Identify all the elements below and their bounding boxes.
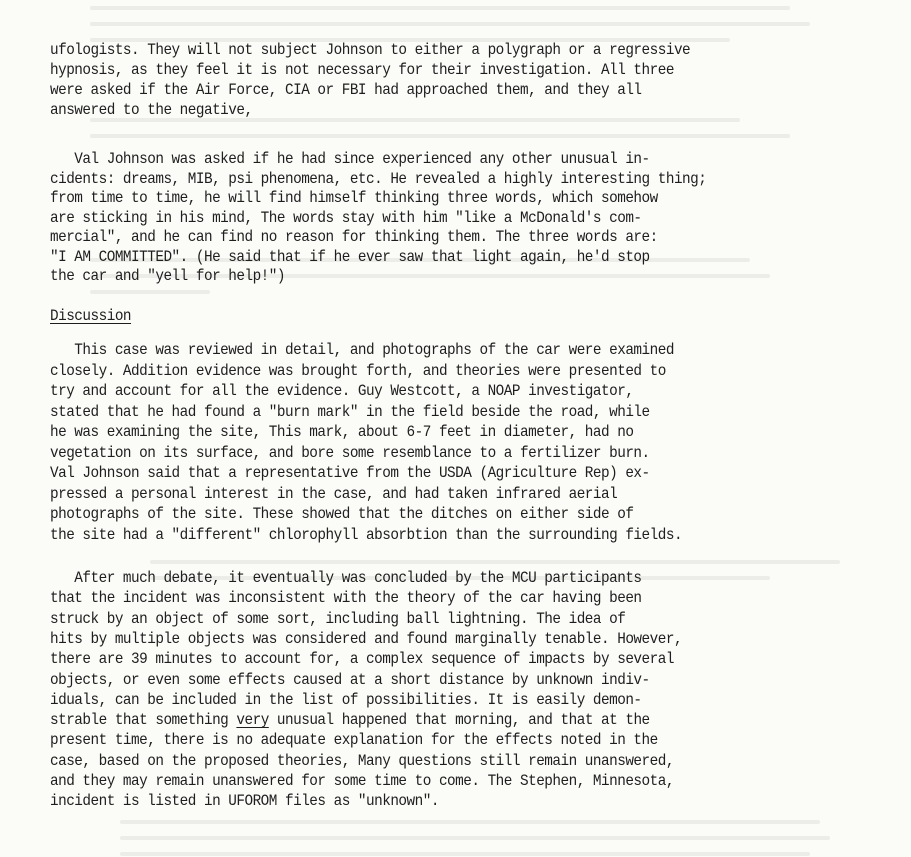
underlined-word-very: very [236,711,268,729]
text-line: from time to time, he will find himself … [50,188,658,208]
text-line: the car and "yell for help!") [50,266,285,286]
text-span: unusual happened that morning, and that … [269,711,650,729]
text-line: pressed a personal interest in the case,… [50,484,617,504]
text-line: he was examining the site, This mark, ab… [50,422,633,442]
text-line: mercial", and he can find no reason for … [50,227,658,247]
text-line: This case was reviewed in detail, and ph… [50,340,674,360]
text-line-emphasis: strable that something very unusual happ… [50,710,650,730]
text-line: case, based on the proposed theories, Ma… [50,751,674,771]
text-line: try and account for all the evidence. Gu… [50,381,633,401]
text-line: present time, there is no adequate expla… [50,730,658,750]
text-line: "I AM COMMITTED". (He said that if he ev… [50,247,650,267]
text-line: the site had a "different" chlorophyll a… [50,525,682,545]
text-line: iduals, can be included in the list of p… [50,690,642,710]
text-line: cidents: dreams, MIB, psi phenomena, etc… [50,169,706,189]
text-span: strable that something [50,711,236,729]
text-line: photographs of the site. These showed th… [50,504,633,524]
text-line: answered to the negative, [50,100,253,120]
text-line: there are 39 minutes to account for, a c… [50,649,674,669]
text-line: hypnosis, as they feel it is not necessa… [50,60,674,80]
text-line: After much debate, it eventually was con… [50,568,642,588]
text-line: were asked if the Air Force, CIA or FBI … [50,80,642,100]
text-line: objects, or even some effects caused at … [50,670,650,690]
text-line: Val Johnson said that a representative f… [50,463,650,483]
text-line: are sticking in his mind, The words stay… [50,208,642,228]
text-line: incident is listed in UFOROM files as "u… [50,791,439,811]
text-line: struck by an object of some sort, includ… [50,609,625,629]
text-line: closely. Addition evidence was brought f… [50,361,666,381]
text-line: Val Johnson was asked if he had since ex… [50,149,650,169]
text-line: and they may remain unanswered for some … [50,771,674,791]
section-heading-discussion: Discussion [50,306,131,326]
document-page: ufologists. They will not subject Johnso… [0,0,911,857]
text-line: stated that he had found a "burn mark" i… [50,402,650,422]
text-line: hits by multiple objects was considered … [50,629,682,649]
text-line: vegetation on its surface, and bore some… [50,443,650,463]
text-line: that the incident was inconsistent with … [50,588,642,608]
text-line: ufologists. They will not subject Johnso… [50,40,690,60]
